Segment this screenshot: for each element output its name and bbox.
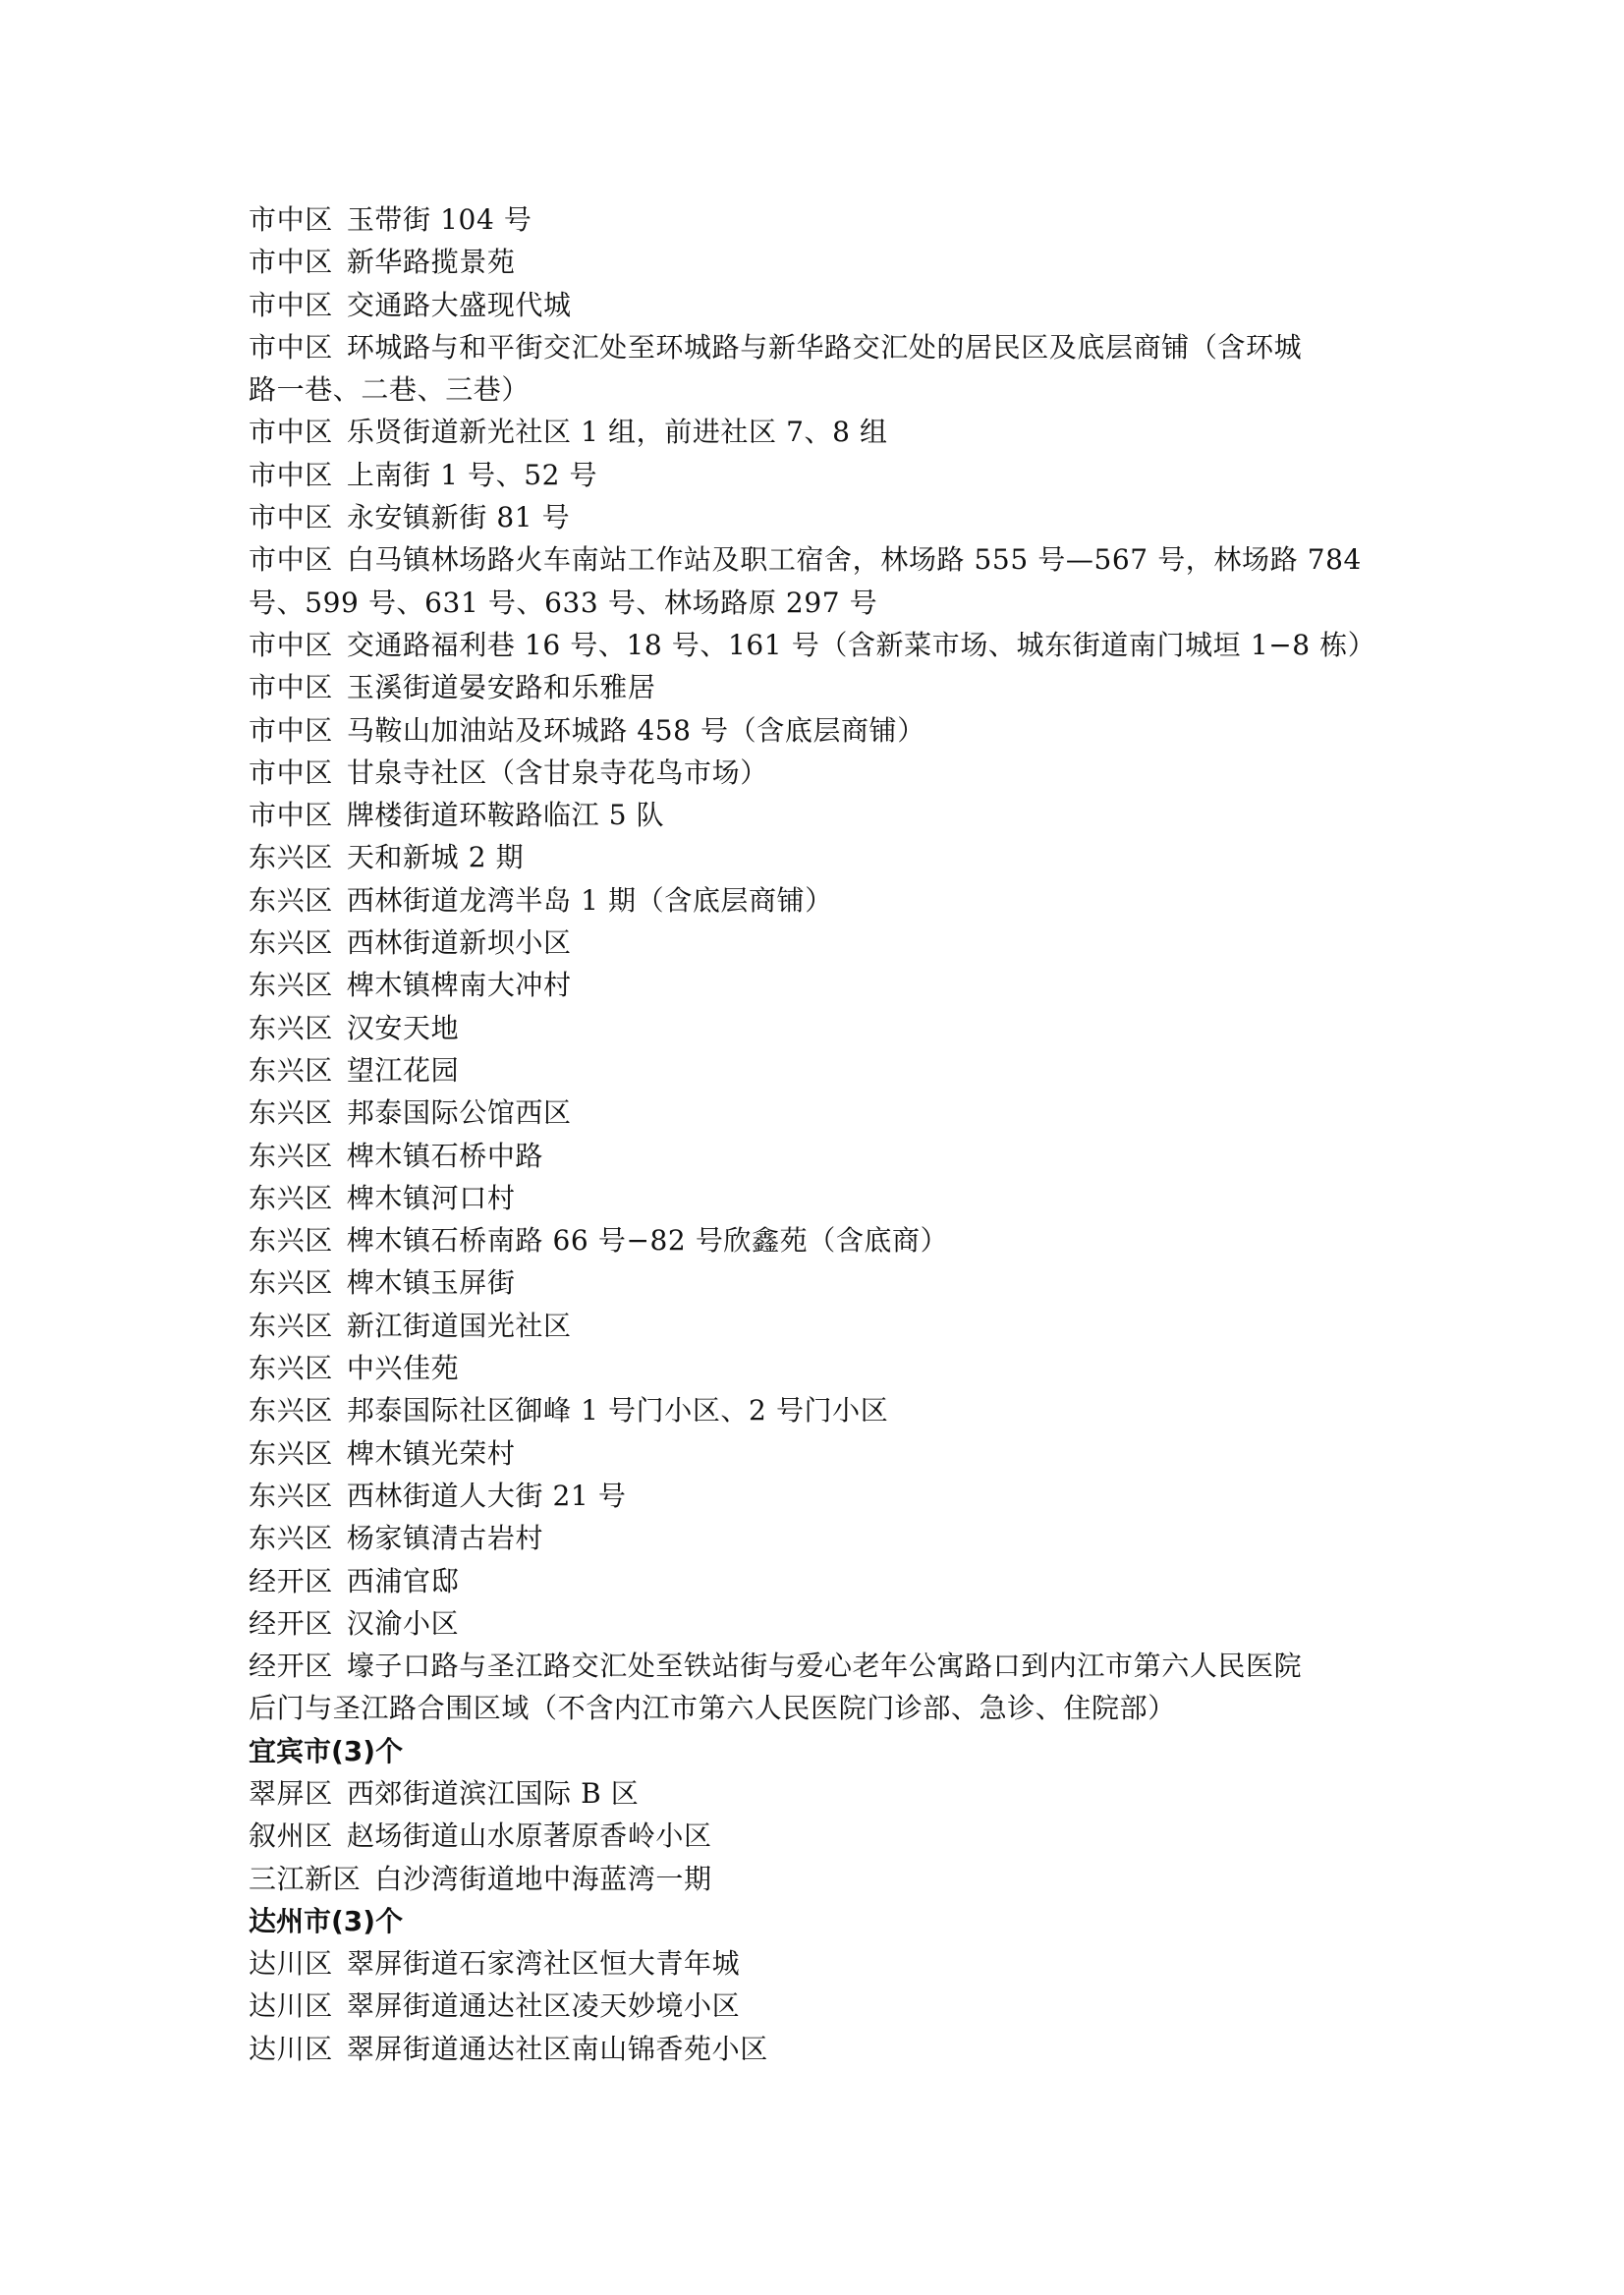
address-text: 玉溪街道晏安路和乐雅居 [347,671,656,703]
list-item: 市中区玉带街 104 号 [249,198,1378,241]
address-text: 永安镇新街 81 号 [347,501,570,533]
list-item: 市中区上南街 1 号、52 号 [249,454,1378,496]
address-text: 牌楼街道环鞍路临江 5 队 [347,799,664,831]
district-label: 市中区 [249,794,333,836]
address-text: 椑木镇光荣村 [347,1437,516,1470]
address-text: 望江花园 [347,1054,459,1087]
district-label: 经开区 [249,1645,333,1687]
list-item: 东兴区新江街道国光社区 [249,1305,1378,1347]
address-text: 交通路福利巷 16 号、18 号、161 号（含新菜市场、城东街道南门城垣 1−… [347,629,1376,661]
list-item: 东兴区西林街道龙湾半岛 1 期（含底层商铺） [249,879,1378,922]
address-text: 交通路大盛现代城 [347,289,572,321]
address-text: 邦泰国际社区御峰 1 号门小区、2 号门小区 [347,1394,889,1427]
district-label: 市中区 [249,666,333,708]
list-item: 东兴区天和新城 2 期 [249,836,1378,878]
district-label: 经开区 [249,1602,333,1645]
list-item: 市中区新华路揽景苑 [249,241,1378,283]
address-text: 路一巷、二巷、三巷） [249,373,530,406]
list-item: 达川区翠屏街道通达社区凌天妙境小区 [249,1985,1378,2027]
list-item: 市中区交通路福利巷 16 号、18 号、161 号（含新菜市场、城东街道南门城垣… [249,624,1378,666]
list-item: 东兴区汉安天地 [249,1007,1378,1049]
address-text: 汉安天地 [347,1012,459,1044]
address-text: 新华路揽景苑 [347,246,516,278]
district-label: 经开区 [249,1560,333,1602]
list-item: 东兴区中兴佳苑 [249,1347,1378,1389]
address-text: 椑木镇河口村 [347,1182,516,1214]
district-label: 东兴区 [249,922,333,964]
list-item: 经开区壕子口路与圣江路交汇处至铁站街与爱心老年公寓路口到内江市第六人民医院 [249,1645,1378,1687]
address-text: 杨家镇清古岩村 [347,1522,543,1554]
list-item: 市中区永安镇新街 81 号 [249,496,1378,538]
address-text: 天和新城 2 期 [347,841,524,873]
address-text: 后门与圣江路合围区域（不含内江市第六人民医院门诊部、急诊、住院部） [249,1692,1176,1724]
list-item: 达川区翠屏街道通达社区南山锦香苑小区 [249,2028,1378,2070]
address-text: 西郊街道滨江国际 B 区 [347,1777,640,1810]
district-label: 翠屏区 [249,1772,333,1815]
district-label: 市中区 [249,411,333,453]
district-label: 市中区 [249,241,333,283]
district-label: 东兴区 [249,1347,333,1389]
section-yibin: 宜宾市(3)个 翠屏区西郊街道滨江国际 B 区 叙州区赵场街道山水原著原香岭小区… [249,1730,1378,1900]
list-item-continuation: 后门与圣江路合围区域（不含内江市第六人民医院门诊部、急诊、住院部） [249,1687,1378,1729]
address-text: 甘泉寺社区（含甘泉寺花鸟市场） [347,756,768,789]
district-label: 市中区 [249,198,333,241]
list-item: 三江新区白沙湾街道地中海蓝湾一期 [249,1858,1378,1900]
address-text: 环城路与和平街交汇处至环城路与新华路交汇处的居民区及底层商铺（含环城 [347,331,1302,364]
address-text: 西林街道新坝小区 [347,926,572,959]
list-item: 东兴区椑木镇椑南大冲村 [249,964,1378,1006]
district-label: 东兴区 [249,1049,333,1092]
section-heading: 达州市(3)个 [249,1900,1378,1942]
address-text: 椑木镇玉屏街 [347,1266,516,1299]
list-item: 叙州区赵场街道山水原著原香岭小区 [249,1815,1378,1857]
list-item: 市中区牌楼街道环鞍路临江 5 队 [249,794,1378,836]
district-label: 市中区 [249,326,333,368]
list-item: 东兴区椑木镇光荣村 [249,1432,1378,1475]
address-text: 邦泰国际公馆西区 [347,1096,572,1129]
list-item: 经开区汉渝小区 [249,1602,1378,1645]
list-item: 市中区马鞍山加油站及环城路 458 号（含底层商铺） [249,709,1378,752]
address-text: 汉渝小区 [347,1607,459,1640]
list-item: 达川区翠屏街道石家湾社区恒大青年城 [249,1942,1378,1985]
district-label: 市中区 [249,752,333,794]
address-text: 马鞍山加油站及环城路 458 号（含底层商铺） [347,714,925,747]
district-label: 达川区 [249,1985,333,2027]
document-page: 市中区玉带街 104 号 市中区新华路揽景苑 市中区交通路大盛现代城 市中区环城… [249,198,1378,2070]
list-item: 市中区环城路与和平街交汇处至环城路与新华路交汇处的居民区及底层商铺（含环城 [249,326,1378,368]
district-label: 东兴区 [249,1475,333,1517]
list-item: 东兴区西林街道新坝小区 [249,922,1378,964]
address-text: 翠屏街道通达社区凌天妙境小区 [347,1989,740,2022]
address-text: 椑木镇石桥南路 66 号−82 号欣鑫苑（含底商） [347,1224,948,1257]
address-text: 白马镇林场路火车南站工作站及职工宿舍，林场路 555 号—567 号，林场路 7… [347,543,1362,576]
list-item: 市中区甘泉寺社区（含甘泉寺花鸟市场） [249,752,1378,794]
district-label: 市中区 [249,454,333,496]
address-text: 乐贤街道新光社区 1 组，前进社区 7、8 组 [347,416,888,448]
address-text: 玉带街 104 号 [347,203,532,236]
list-item: 东兴区邦泰国际公馆西区 [249,1092,1378,1134]
district-label: 市中区 [249,538,333,581]
list-item: 东兴区椑木镇石桥中路 [249,1135,1378,1177]
list-item: 东兴区椑木镇河口村 [249,1177,1378,1219]
district-label: 市中区 [249,624,333,666]
district-label: 三江新区 [249,1858,361,1900]
address-text: 西林街道龙湾半岛 1 期（含底层商铺） [347,884,833,917]
district-label: 东兴区 [249,1092,333,1134]
address-text: 西林街道人大街 21 号 [347,1480,627,1512]
neijiang-list: 市中区玉带街 104 号 市中区新华路揽景苑 市中区交通路大盛现代城 市中区环城… [249,198,1378,1730]
list-item: 东兴区邦泰国际社区御峰 1 号门小区、2 号门小区 [249,1389,1378,1431]
list-item: 东兴区望江花园 [249,1049,1378,1092]
address-text: 白沙湾街道地中海蓝湾一期 [374,1863,711,1895]
list-item: 东兴区西林街道人大街 21 号 [249,1475,1378,1517]
address-text: 西浦官邸 [347,1565,459,1597]
district-label: 达川区 [249,1942,333,1985]
district-label: 达川区 [249,2028,333,2070]
district-label: 东兴区 [249,1517,333,1559]
district-label: 东兴区 [249,836,333,878]
list-item-continuation: 号、599 号、631 号、633 号、林场路原 297 号 [249,582,1378,624]
district-label: 东兴区 [249,1305,333,1347]
list-item: 经开区西浦官邸 [249,1560,1378,1602]
list-item: 市中区白马镇林场路火车南站工作站及职工宿舍，林场路 555 号—567 号，林场… [249,538,1378,581]
address-text: 翠屏街道通达社区南山锦香苑小区 [347,2033,768,2065]
address-text: 壕子口路与圣江路交汇处至铁站街与爱心老年公寓路口到内江市第六人民医院 [347,1650,1302,1682]
district-label: 东兴区 [249,1007,333,1049]
district-label: 市中区 [249,496,333,538]
district-label: 市中区 [249,284,333,326]
district-label: 市中区 [249,709,333,752]
address-text: 椑木镇石桥中路 [347,1140,543,1172]
district-label: 叙州区 [249,1815,333,1857]
address-text: 上南街 1 号、52 号 [347,459,597,491]
address-text: 翠屏街道石家湾社区恒大青年城 [347,1947,740,1980]
list-item: 东兴区椑木镇石桥南路 66 号−82 号欣鑫苑（含底商） [249,1219,1378,1261]
list-item: 东兴区椑木镇玉屏街 [249,1261,1378,1304]
district-label: 东兴区 [249,1261,333,1304]
list-item: 市中区玉溪街道晏安路和乐雅居 [249,666,1378,708]
district-label: 东兴区 [249,1432,333,1475]
list-item: 翠屏区西郊街道滨江国际 B 区 [249,1772,1378,1815]
address-text: 赵场街道山水原著原香岭小区 [347,1819,712,1852]
section-heading: 宜宾市(3)个 [249,1730,1378,1772]
district-label: 东兴区 [249,879,333,922]
address-text: 中兴佳苑 [347,1352,459,1384]
address-text: 椑木镇椑南大冲村 [347,969,572,1001]
address-text: 号、599 号、631 号、633 号、林场路原 297 号 [249,587,877,619]
list-item-continuation: 路一巷、二巷、三巷） [249,368,1378,411]
address-text: 新江街道国光社区 [347,1310,572,1342]
district-label: 东兴区 [249,1219,333,1261]
district-label: 东兴区 [249,964,333,1006]
list-item: 市中区乐贤街道新光社区 1 组，前进社区 7、8 组 [249,411,1378,453]
section-dazhou: 达州市(3)个 达川区翠屏街道石家湾社区恒大青年城 达川区翠屏街道通达社区凌天妙… [249,1900,1378,2070]
district-label: 东兴区 [249,1389,333,1431]
list-item: 市中区交通路大盛现代城 [249,284,1378,326]
district-label: 东兴区 [249,1135,333,1177]
district-label: 东兴区 [249,1177,333,1219]
list-item: 东兴区杨家镇清古岩村 [249,1517,1378,1559]
